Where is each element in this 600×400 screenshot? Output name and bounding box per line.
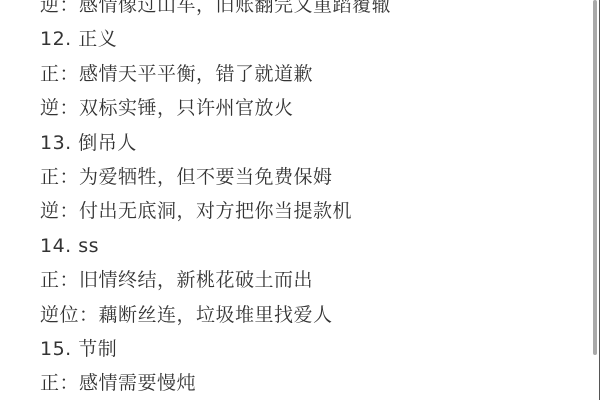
text-line: 正：为爱牺牲，但不要当免费保姆 <box>40 160 580 194</box>
text-line: 逆：感情像过山车，旧账翻完又重蹈覆辙 <box>40 0 580 22</box>
scrollbar-thumb[interactable] <box>593 0 597 355</box>
section-heading: 14. ss <box>40 229 580 263</box>
section-heading: 15. 节制 <box>40 332 580 366</box>
text-line: 正：旧情终结，新桃花破土而出 <box>40 263 580 297</box>
section-heading: 13. 倒吊人 <box>40 126 580 160</box>
text-line: 正：感情天平平衡，错了就道歉 <box>40 57 580 91</box>
text-line: 逆：付出无底洞，对方把你当提款机 <box>40 194 580 228</box>
document-body: 逆：感情像过山车，旧账翻完又重蹈覆辙 12. 正义 正：感情天平平衡，错了就道歉… <box>40 0 580 400</box>
vertical-scrollbar[interactable] <box>591 0 599 400</box>
text-line: 逆：双标实锤，只许州官放火 <box>40 91 580 125</box>
section-heading: 12. 正义 <box>40 22 580 56</box>
text-line: 正：感情需要慢炖 <box>40 366 580 400</box>
text-line: 逆位：藕断丝连，垃圾堆里找爱人 <box>40 298 580 332</box>
